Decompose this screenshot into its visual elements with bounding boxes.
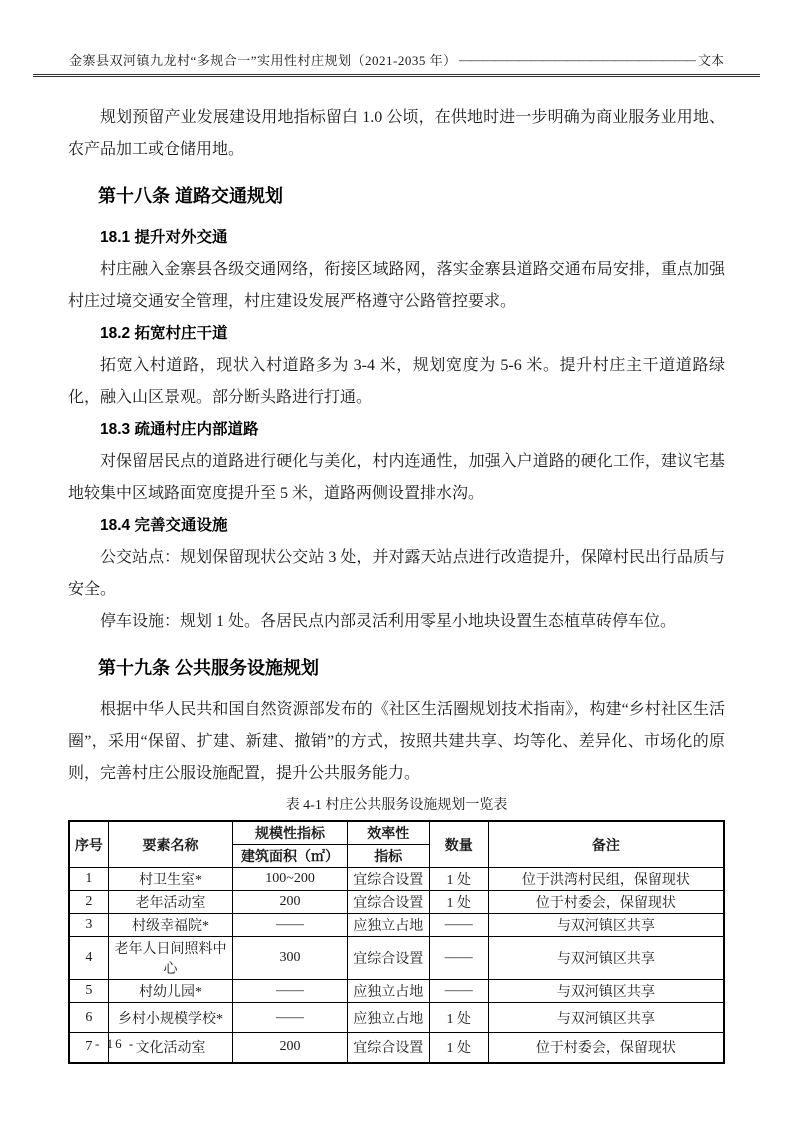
header-row: 金寨县双河镇九龙村“多规合一”实用性村庄规划（2021-2035 年） ————… bbox=[33, 50, 760, 74]
cell-seq: 2 bbox=[69, 891, 108, 914]
cell-efficiency-indicator: 应独立占地 bbox=[347, 914, 429, 937]
cell-quantity: 1 处 bbox=[429, 891, 488, 914]
cell-building-area: —— bbox=[233, 980, 348, 1003]
header-cell-indicator: 指标 bbox=[347, 845, 429, 868]
cell-efficiency-indicator: 宜综合设置 bbox=[347, 868, 429, 891]
cell-remarks: 与双河镇区共享 bbox=[488, 980, 724, 1003]
section-18-heading: 第十八条 道路交通规划 bbox=[98, 178, 725, 214]
public-services-table: 序号 要素名称 规模性指标 效率性 数量 备注 建筑面积（㎡） 指标 1 村卫生… bbox=[68, 820, 725, 1064]
table-row: 4 老年人日间照料中心 300 宜综合设置 —— 与双河镇区共享 bbox=[69, 937, 724, 980]
table-header-row-1: 序号 要素名称 规模性指标 效率性 数量 备注 bbox=[69, 821, 724, 845]
section-19-heading: 第十九条 公共服务设施规划 bbox=[98, 650, 725, 686]
subsection-18-1-heading: 18.1 提升对外交通 bbox=[100, 222, 725, 254]
cell-remarks: 与双河镇区共享 bbox=[488, 937, 724, 980]
cell-remarks: 与双河镇区共享 bbox=[488, 914, 724, 937]
header-cell-element-name: 要素名称 bbox=[108, 821, 232, 868]
table-row: 3 村级幸福院* —— 应独立占地 —— 与双河镇区共享 bbox=[69, 914, 724, 937]
cell-seq: 1 bbox=[69, 868, 108, 891]
cell-remarks: 与双河镇区共享 bbox=[488, 1003, 724, 1033]
header-doc-type-label: 文本 bbox=[698, 50, 724, 69]
cell-quantity: —— bbox=[429, 937, 488, 980]
subsection-18-1-paragraph: 村庄融入金寨县各级交通网络，衔接区域路网，落实金寨县道路交通布局安排，重点加强村… bbox=[68, 254, 725, 318]
cell-efficiency-indicator: 宜综合设置 bbox=[347, 1033, 429, 1063]
header-cell-remarks: 备注 bbox=[488, 821, 724, 868]
subsection-18-3-paragraph: 对保留居民点的道路进行硬化与美化，村内连通性，加强入户道路的硬化工作，建议宅基地… bbox=[68, 446, 725, 510]
cell-efficiency-indicator: 宜综合设置 bbox=[347, 937, 429, 980]
cell-efficiency-indicator: 应独立占地 bbox=[347, 980, 429, 1003]
document-page: 金寨县双河镇九龙村“多规合一”实用性村庄规划（2021-2035 年） ————… bbox=[0, 0, 793, 1122]
header-cell-efficiency: 效率性 bbox=[347, 821, 429, 845]
table-row: 5 村幼儿园* —— 应独立占地 —— 与双河镇区共享 bbox=[69, 980, 724, 1003]
cell-quantity: —— bbox=[429, 980, 488, 1003]
cell-remarks: 位于村委会，保留现状 bbox=[488, 1033, 724, 1063]
subsection-18-2-heading: 18.2 拓宽村庄干道 bbox=[100, 318, 725, 350]
header-cell-quantity: 数量 bbox=[429, 821, 488, 868]
table-row: 2 老年活动室 200 宜综合设置 1 处 位于村委会，保留现状 bbox=[69, 891, 724, 914]
cell-quantity: 1 处 bbox=[429, 868, 488, 891]
table-caption: 表 4-1 村庄公共服务设施规划一览表 bbox=[68, 796, 725, 816]
cell-quantity: —— bbox=[429, 914, 488, 937]
table-row: 6 乡村小规模学校* —— 应独立占地 1 处 与双河镇区共享 bbox=[69, 1003, 724, 1033]
table-row: 1 村卫生室* 100~200 宜综合设置 1 处 位于洪湾村民组，保留现状 bbox=[69, 868, 724, 891]
header-cell-seq: 序号 bbox=[69, 821, 108, 868]
header-title: 金寨县双河镇九龙村“多规合一”实用性村庄规划（2021-2035 年） bbox=[69, 50, 457, 69]
table-row: 7 文化活动室 200 宜综合设置 1 处 位于村委会，保留现状 bbox=[69, 1033, 724, 1063]
cell-efficiency-indicator: 宜综合设置 bbox=[347, 891, 429, 914]
header-cell-building-area: 建筑面积（㎡） bbox=[233, 845, 348, 868]
subsection-18-2-paragraph: 拓宽入村道路，现状入村道路多为 3-4 米，规划宽度为 5-6 米。提升村庄主干… bbox=[68, 350, 725, 414]
cell-building-area: 200 bbox=[233, 1033, 348, 1063]
subsection-18-4-paragraph-parking: 停车设施：规划 1 处。各居民点内部灵活利用零星小地块设置生态植草砖停车位。 bbox=[68, 606, 725, 638]
intro-paragraph: 规划预留产业发展建设用地指标留白 1.0 公顷，在供地时进一步明确为商业服务业用… bbox=[68, 102, 725, 166]
cell-element-name: 村卫生室* bbox=[108, 868, 232, 891]
cell-seq: 6 bbox=[69, 1003, 108, 1033]
cell-building-area: 300 bbox=[233, 937, 348, 980]
cell-building-area: —— bbox=[233, 914, 348, 937]
page-content: 规划预留产业发展建设用地指标留白 1.0 公顷，在供地时进一步明确为商业服务业用… bbox=[0, 77, 793, 1064]
cell-remarks: 位于洪湾村民组，保留现状 bbox=[488, 868, 724, 891]
cell-building-area: 200 bbox=[233, 891, 348, 914]
cell-building-area: 100~200 bbox=[233, 868, 348, 891]
cell-remarks: 位于村委会，保留现状 bbox=[488, 891, 724, 914]
header-cell-scale-indicator: 规模性指标 bbox=[233, 821, 348, 845]
cell-element-name: 村级幸福院* bbox=[108, 914, 232, 937]
cell-seq: 4 bbox=[69, 937, 108, 980]
cell-element-name: 乡村小规模学校* bbox=[108, 1003, 232, 1033]
page-header: 金寨县双河镇九龙村“多规合一”实用性村庄规划（2021-2035 年） ————… bbox=[33, 0, 760, 77]
subsection-18-4-heading: 18.4 完善交通设施 bbox=[100, 510, 725, 542]
cell-element-name: 老年活动室 bbox=[108, 891, 232, 914]
subsection-18-4-paragraph-bus: 公交站点：规划保留现状公交站 3 处，并对露天站点进行改造提升，保障村民出行品质… bbox=[68, 542, 725, 606]
section-19-paragraph: 根据中华人民共和国自然资源部发布的《社区生活圈规划技术指南》，构建“乡村社区生活… bbox=[68, 694, 725, 790]
cell-seq: 5 bbox=[69, 980, 108, 1003]
cell-element-name: 老年人日间照料中心 bbox=[108, 937, 232, 980]
cell-seq: 3 bbox=[69, 914, 108, 937]
cell-element-name: 村幼儿园* bbox=[108, 980, 232, 1003]
cell-efficiency-indicator: 应独立占地 bbox=[347, 1003, 429, 1033]
page-number: - 16 - bbox=[95, 1036, 135, 1052]
cell-quantity: 1 处 bbox=[429, 1033, 488, 1063]
header-dash-rule: ———————————————————————————— bbox=[459, 52, 696, 68]
subsection-18-3-heading: 18.3 疏通村庄内部道路 bbox=[100, 414, 725, 446]
cell-building-area: —— bbox=[233, 1003, 348, 1033]
cell-quantity: 1 处 bbox=[429, 1003, 488, 1033]
